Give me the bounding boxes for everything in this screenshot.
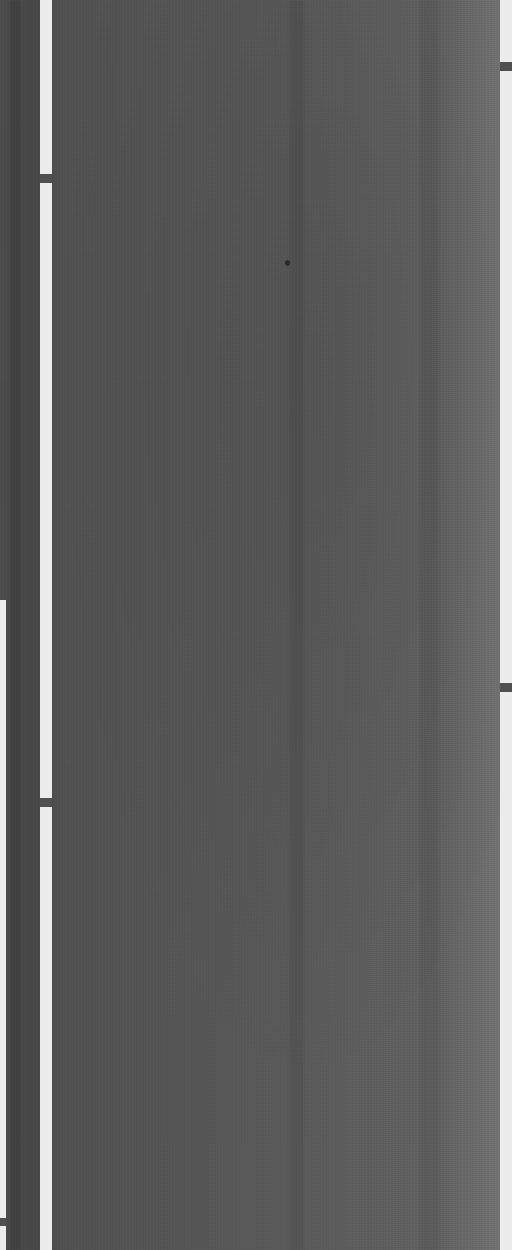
road-surface <box>0 0 512 1250</box>
marking-gap <box>500 62 512 71</box>
debris-spot <box>285 260 290 266</box>
marking-gap <box>500 683 512 692</box>
left-edge-line <box>0 600 6 1250</box>
marking-gap <box>0 1218 6 1226</box>
marking-gap <box>40 174 52 183</box>
tire-track <box>420 0 438 1250</box>
tire-track <box>290 0 304 1250</box>
marking-gap <box>40 798 52 807</box>
lane-divider-line <box>40 0 52 1250</box>
right-edge-line <box>500 0 512 1250</box>
tire-track <box>10 0 20 1250</box>
